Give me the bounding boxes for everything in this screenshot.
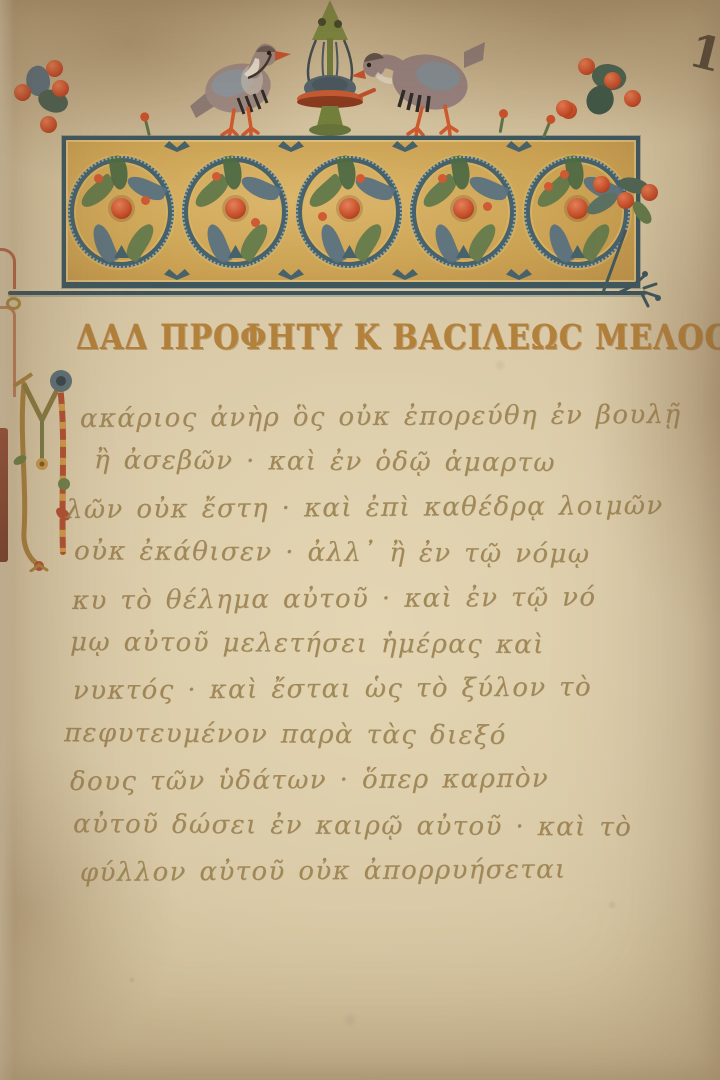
medallion-ornament (124, 173, 167, 205)
medallion-ornament (203, 222, 234, 265)
medallion-flower (453, 198, 474, 219)
medallion-ornament (89, 222, 120, 265)
illuminated-headpiece (62, 136, 640, 288)
medallion-ornament (191, 173, 232, 212)
partridge-left (182, 28, 302, 143)
berry-ornament (52, 80, 69, 97)
medallion-ornament (77, 173, 118, 212)
folio-number: 1 (684, 23, 720, 83)
headpiece-medallion (182, 156, 288, 268)
medallion-ornament (456, 245, 471, 258)
medallion-ornament (483, 202, 492, 211)
medallion-ornament (251, 218, 260, 227)
rule-gold-hook (6, 297, 21, 310)
medallion-ornament (317, 222, 348, 265)
band-leaf-spacer (278, 141, 304, 152)
band-leaf-spacer (392, 269, 418, 280)
text-line: ἢ ἀσεβῶν · καὶ ἐν ὁδῷ ἁμαρτω (94, 446, 654, 495)
text-line: κυ τὸ θέλημα αὐτοῦ · καὶ ἐν τῷ νό (72, 582, 654, 631)
berry-ornament (593, 176, 610, 193)
text-line: αὐτοῦ δώσει ἐν καιρῷ αὐτοῦ · καὶ τὸ (73, 809, 654, 858)
medallion-ornament (431, 222, 462, 265)
medallion-ornament (545, 222, 576, 265)
band-leaf-spacer (392, 141, 418, 152)
leaf-ornament (583, 189, 620, 218)
medallion-ornament (352, 173, 395, 205)
manuscript-page: 1 (0, 0, 720, 1080)
medallion-flower (339, 198, 360, 219)
medallion-ornament (236, 220, 272, 263)
text-line: δους τῶν ὑδάτων · ὅπερ καρπὸν (70, 763, 654, 812)
medallion-ornament (238, 173, 281, 205)
medallion-ornament (450, 154, 472, 190)
medallion-ornament (466, 173, 509, 205)
headpiece-medallion (296, 156, 402, 268)
berry-ornament (40, 116, 57, 133)
text-line: ακάριος ἀνὴρ ὃς οὐκ ἐπορεύθη ἐν βουλῇ (80, 400, 654, 449)
medallion-ornament (94, 174, 103, 183)
partridge-right (352, 24, 487, 142)
flower-stem (602, 229, 627, 292)
text-line: φύλλον αὐτοῦ οὐκ ἀπορρυήσεται (80, 854, 654, 903)
text-line: οὐκ ἐκάθισεν · ἀλλ᾽ ἢ ἐν τῷ νόμῳ (74, 536, 654, 585)
band-leaf-spacer (164, 269, 190, 280)
medallion-ornament (141, 196, 150, 205)
medallion-ornament (222, 154, 244, 190)
medallion-ornament (305, 173, 346, 212)
berry-ornament (604, 72, 621, 89)
margin-red-flourish (0, 248, 16, 289)
medallion-ornament (356, 174, 365, 183)
medallion-ornament (108, 154, 130, 190)
berry-ornament (46, 60, 63, 77)
text-line: πεφυτευμένον παρὰ τὰς διεξό (64, 718, 654, 767)
medallion-ornament (560, 170, 569, 179)
medallion-ornament (122, 220, 158, 263)
medallion-ornament (228, 245, 243, 258)
band-leaf-spacer (506, 141, 532, 152)
text-line: μῳ αὐτοῦ μελετήσει ἡμέρας καὶ (70, 627, 654, 676)
medallion-ornament (350, 220, 386, 263)
headpiece-medallion (410, 156, 516, 268)
medallion-ornament (342, 245, 357, 258)
sprig-ornament (499, 117, 505, 133)
berry-ornament (578, 58, 595, 75)
medallion-ornament (544, 182, 553, 191)
margin-red-bar (0, 428, 8, 562)
berry-ornament (617, 192, 634, 209)
psalm-text-block: ακάριος ἀνὴρ ὃς οὐκ ἐπορεύθη ἐν βουλῇ ἢ … (64, 402, 654, 901)
medallion-ornament (464, 220, 500, 263)
medallion-ornament (438, 174, 447, 183)
headpiece-medallion (68, 156, 174, 268)
headpiece-base-rule (8, 291, 646, 295)
sprig-ornament (144, 120, 151, 136)
medallion-flower (111, 198, 132, 219)
band-leaf-spacer (278, 269, 304, 280)
medallion-ornament (318, 212, 327, 221)
berry-ornament (556, 100, 573, 117)
right-margin-flower (583, 176, 669, 308)
medallion-flower (225, 198, 246, 219)
medallion-ornament (419, 173, 460, 212)
medallion-ornament (533, 173, 574, 212)
psalm-heading: ΔΑΔ ΠΡΟΦΗΤΥ Κ ΒΑCΙΛΕΩC ΜΕΛΟC : (76, 318, 562, 358)
medallion-ornament (114, 245, 129, 258)
band-leaf-spacer (506, 269, 532, 280)
band-leaf-spacer (164, 141, 190, 152)
text-line: λῶν οὐκ ἔστη · καὶ ἐπὶ καθέδρᾳ λοιμῶν (66, 491, 654, 540)
berry-ornament (624, 90, 641, 107)
text-line: νυκτός · καὶ ἔσται ὡς τὸ ξύλον τὸ (73, 672, 654, 721)
berry-ornament (14, 84, 31, 101)
berry-ornament (641, 184, 658, 201)
medallion-ornament (212, 172, 221, 181)
medallion-ornament (336, 154, 358, 190)
